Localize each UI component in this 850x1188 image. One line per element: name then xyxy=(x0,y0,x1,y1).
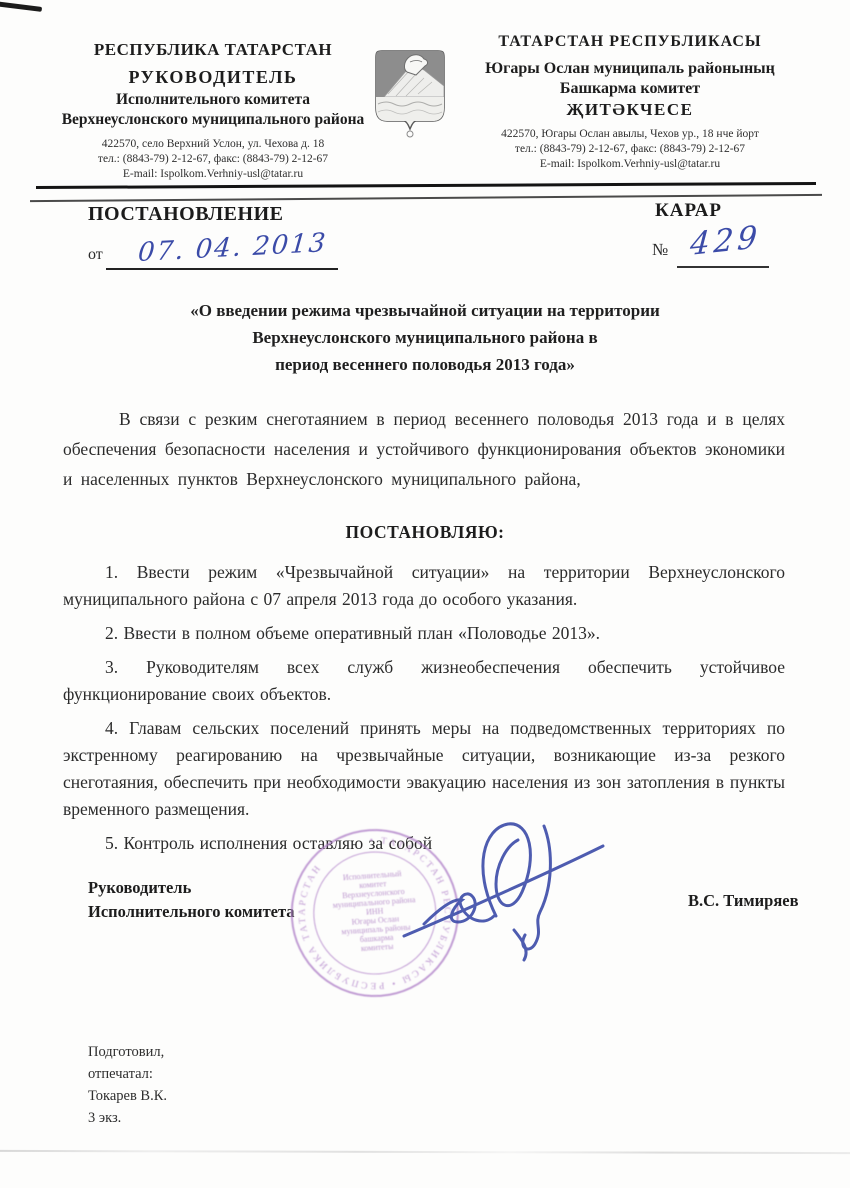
header-right-phone-line: тел.: (8843-79) 2-12-67, факс: (8843-79)… xyxy=(462,142,798,157)
footer-prepared-by: Подготовил, отпечатал: Токарев В.К. 3 эк… xyxy=(88,1041,167,1129)
handwritten-number: 429 xyxy=(689,219,762,263)
number-underline xyxy=(677,266,769,268)
header-right-address: 422570, Югары Ослан авылы, Чехов ур., 18… xyxy=(462,127,798,172)
date-underline xyxy=(106,268,338,270)
coat-of-arms-icon xyxy=(374,48,446,145)
scan-artifact-line xyxy=(0,1150,850,1154)
header-left-country: РЕСПУБЛИКА ТАТАРСТАН xyxy=(52,40,374,60)
header-left-address-line: 422570, село Верхний Услон, ул. Чехова д… xyxy=(52,137,374,152)
header-left-email-line: E-mail: Ispolkom.Verhniy-usl@tatar.ru xyxy=(52,167,374,182)
header-left-phone-line: тел.: (8843-79) 2-12-67, факс: (8843-79)… xyxy=(52,152,374,167)
resolve-heading: ПОСТАНОВЛЯЮ: xyxy=(0,522,850,543)
footer-line2: отпечатал: xyxy=(88,1063,167,1085)
header-right-country: ТАТАРСТАН РЕСПУБЛИКАСЫ xyxy=(462,33,798,51)
scan-artifact-corner xyxy=(0,1,42,12)
stamp-center-line: комитеты xyxy=(361,942,395,953)
header-divider-thick xyxy=(36,182,816,189)
signer-position-line2: Исполнительного комитета xyxy=(88,900,295,924)
signer-position-line1: Руководитель xyxy=(88,876,295,900)
scanned-decree-page: РЕСПУБЛИКА ТАТАРСТАН РУКОВОДИТЕЛЬ Исполн… xyxy=(0,0,850,1188)
footer-line3: Токарев В.К. xyxy=(88,1085,167,1107)
doc-type-tatar: КАРАР xyxy=(655,200,722,222)
decree-title: «О введении режима чрезвычайной ситуации… xyxy=(110,297,740,378)
header-right-email-line: E-mail: Ispolkom.Verhniy-usl@tatar.ru xyxy=(462,157,798,172)
header-left-org-line2: Верхнеуслонского муниципального района xyxy=(52,110,374,130)
decree-item-4: 4. Главам сельских поселений принять мер… xyxy=(63,715,785,823)
header-right-address-line: 422570, Югары Ослан авылы, Чехов ур., 18… xyxy=(462,127,798,142)
header-left-org-line1: Исполнительного комитета xyxy=(52,90,374,110)
signer-name: В.С. Тимиряев xyxy=(688,891,798,911)
decree-item-1: 1. Ввести режим «Чрезвычайной ситуации» … xyxy=(63,559,785,613)
header-right-tatar: ТАТАРСТАН РЕСПУБЛИКАСЫ Югары Ослан муниц… xyxy=(462,33,798,172)
footer-line1: Подготовил, xyxy=(88,1041,167,1063)
handwritten-signature xyxy=(396,808,611,983)
decree-title-line1: «О введении режима чрезвычайной ситуации… xyxy=(110,297,740,324)
decree-item-2: 2. Ввести в полном объеме оперативный пл… xyxy=(63,620,785,647)
header-left-title: РУКОВОДИТЕЛЬ xyxy=(52,67,374,88)
header-right-org-line2: Башкарма комитет xyxy=(462,79,798,99)
number-label: № xyxy=(652,240,668,260)
header-right-org-line1: Югары Ослан муниципаль районының xyxy=(462,59,798,79)
decree-item-3: 3. Руководителям всех служб жизнеобеспеч… xyxy=(63,654,785,708)
doc-type-russian: ПОСТАНОВЛЕНИЕ xyxy=(88,203,283,226)
date-label: от xyxy=(88,246,103,264)
intro-paragraph: В связи с резким снеготаянием в период в… xyxy=(63,404,785,494)
handwritten-date: 07. 04. 2013 xyxy=(137,228,329,268)
footer-line4: 3 экз. xyxy=(88,1107,167,1129)
header-left-russian: РЕСПУБЛИКА ТАТАРСТАН РУКОВОДИТЕЛЬ Исполн… xyxy=(52,40,374,182)
decree-title-line2: Верхнеуслонского муниципального района в xyxy=(110,324,740,351)
header-right-title: ҖИТӘКЧЕСЕ xyxy=(462,99,798,120)
signer-position: Руководитель Исполнительного комитета xyxy=(88,876,295,924)
decree-title-line3: период весеннего половодья 2013 года» xyxy=(110,351,740,378)
header-left-address: 422570, село Верхний Услон, ул. Чехова д… xyxy=(52,137,374,182)
